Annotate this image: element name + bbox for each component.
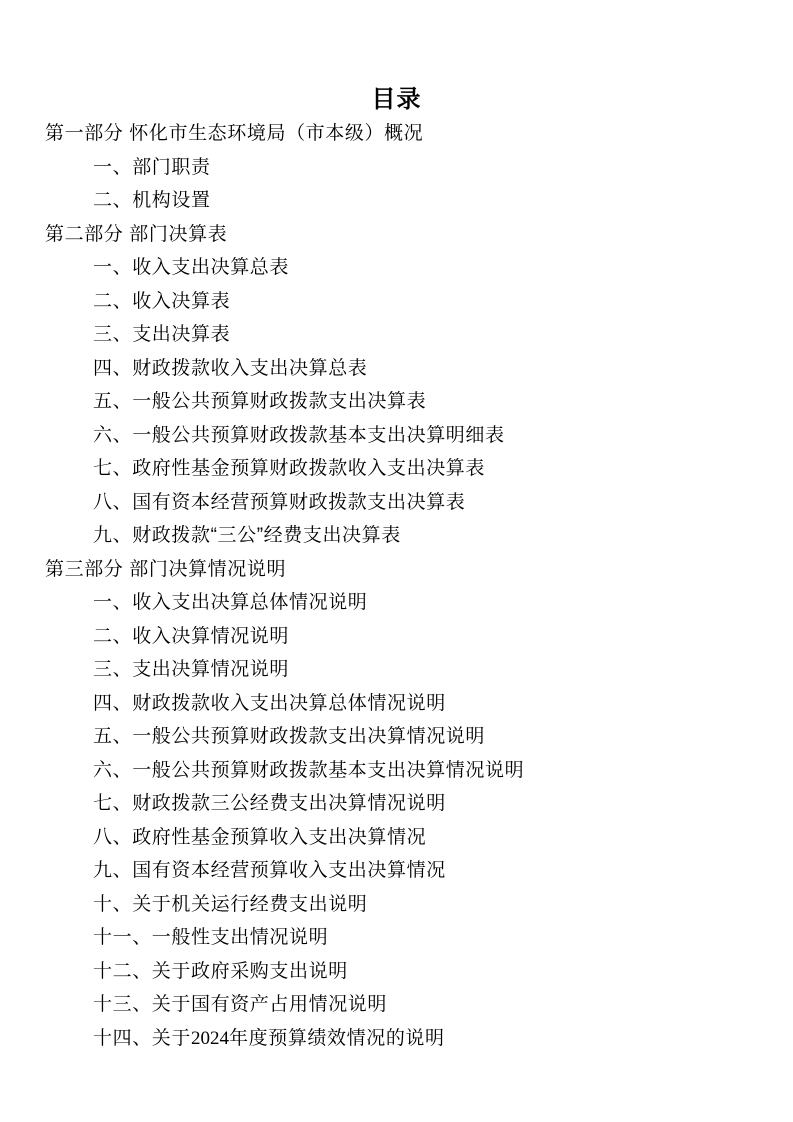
document-page: 目录 第一部分 怀化市生态环境局（市本级）概况 一、部门职责 二、机构设置 第二…	[0, 0, 793, 1122]
toc-item: 十三、关于国有资产占用情况说明	[0, 988, 793, 1022]
toc-item: 十二、关于政府采购支出说明	[0, 955, 793, 989]
toc-item: 二、收入决算情况说明	[0, 620, 793, 654]
toc-item: 五、一般公共预算财政拨款支出决算情况说明	[0, 720, 793, 754]
page-title: 目录	[0, 0, 793, 112]
toc-item: 十一、一般性支出情况说明	[0, 921, 793, 955]
toc-section-heading: 第三部分 部门决算情况说明	[0, 553, 793, 587]
toc-item: 七、政府性基金预算财政拨款收入支出决算表	[0, 452, 793, 486]
toc-item: 一、部门职责	[0, 151, 793, 185]
toc-item: 一、收入支出决算总表	[0, 251, 793, 285]
toc-item: 八、政府性基金预算收入支出决算情况	[0, 821, 793, 855]
toc-item: 三、支出决算情况说明	[0, 653, 793, 687]
toc-item: 四、财政拨款收入支出决算总体情况说明	[0, 687, 793, 721]
toc-item: 六、一般公共预算财政拨款基本支出决算明细表	[0, 419, 793, 453]
toc-item: 十、关于机关运行经费支出说明	[0, 888, 793, 922]
toc-item: 九、财政拨款“三公”经费支出决算表	[0, 519, 793, 553]
toc-section-heading: 第一部分 怀化市生态环境局（市本级）概况	[0, 117, 793, 151]
table-of-contents: 第一部分 怀化市生态环境局（市本级）概况 一、部门职责 二、机构设置 第二部分 …	[0, 117, 793, 1055]
toc-item: 五、一般公共预算财政拨款支出决算表	[0, 385, 793, 419]
toc-item: 二、收入决算表	[0, 285, 793, 319]
toc-item: 三、支出决算表	[0, 318, 793, 352]
toc-item: 二、机构设置	[0, 184, 793, 218]
toc-item: 八、国有资本经营预算财政拨款支出决算表	[0, 486, 793, 520]
toc-item: 九、国有资本经营预算收入支出决算情况	[0, 854, 793, 888]
toc-item: 七、财政拨款三公经费支出决算情况说明	[0, 787, 793, 821]
toc-item: 一、收入支出决算总体情况说明	[0, 586, 793, 620]
toc-item: 十四、关于2024年度预算绩效情况的说明	[0, 1022, 793, 1056]
toc-item: 四、财政拨款收入支出决算总表	[0, 352, 793, 386]
toc-item: 六、一般公共预算财政拨款基本支出决算情况说明	[0, 754, 793, 788]
toc-section-heading: 第二部分 部门决算表	[0, 218, 793, 252]
